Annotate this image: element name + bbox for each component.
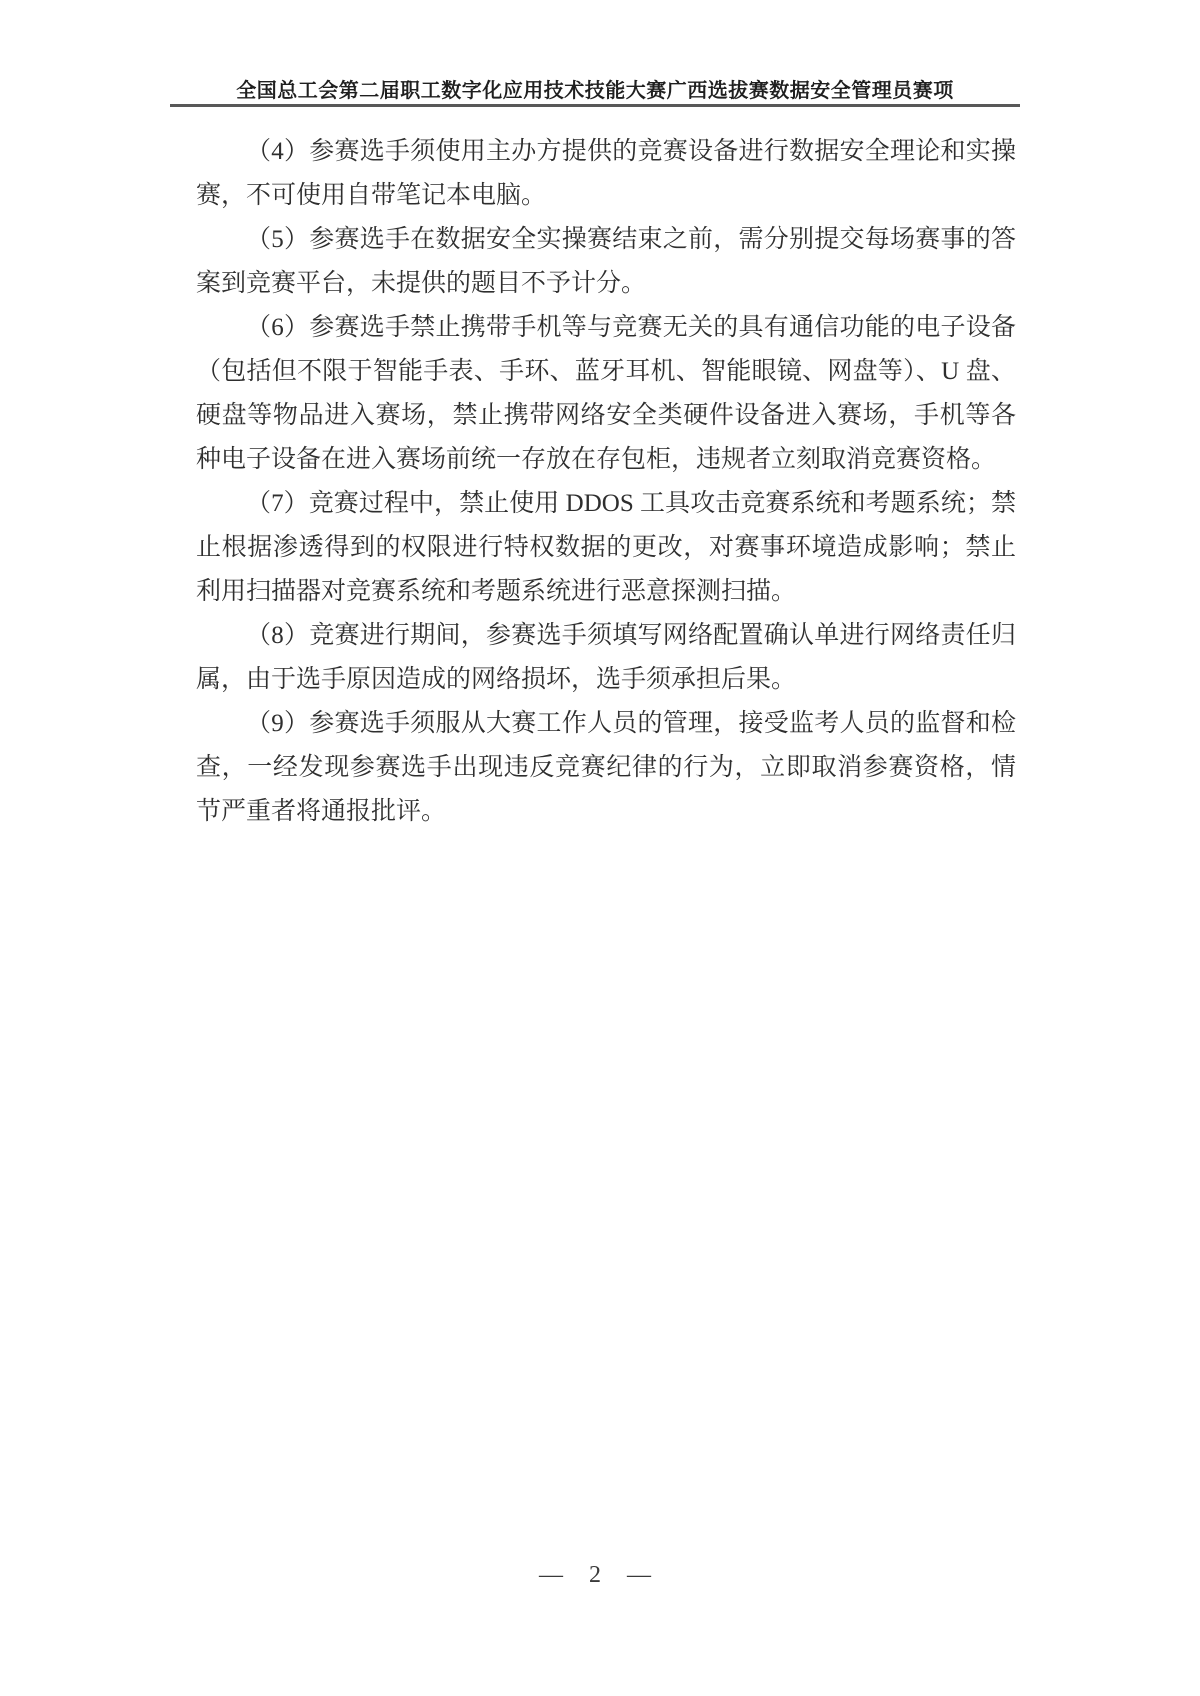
paragraph-item-6: （6）参赛选手禁止携带手机等与竞赛无关的具有通信功能的电子设备（包括但不限于智能… (196, 306, 1016, 482)
page-header: 全国总工会第二届职工数字化应用技术技能大赛广西选拔赛数据安全管理员赛项 (170, 80, 1020, 107)
paragraph-item-5: （5）参赛选手在数据安全实操赛结束之前，需分别提交每场赛事的答案到竞赛平台，未提… (196, 218, 1016, 306)
paragraph-item-4: （4）参赛选手须使用主办方提供的竞赛设备进行数据安全理论和实操赛，不可使用自带笔… (196, 130, 1016, 218)
paragraph-item-8: （8）竞赛进行期间，参赛选手须填写网络配置确认单进行网络责任归属，由于选手原因造… (196, 614, 1016, 702)
header-rule (170, 104, 1020, 107)
paragraph-item-9: （9）参赛选手须服从大赛工作人员的管理，接受监考人员的监督和检查，一经发现参赛选… (196, 702, 1016, 834)
document-body: （4）参赛选手须使用主办方提供的竞赛设备进行数据安全理论和实操赛，不可使用自带笔… (196, 130, 1016, 834)
paragraph-item-7: （7）竞赛过程中，禁止使用 DDOS 工具攻击竞赛系统和考题系统；禁止根据渗透得… (196, 482, 1016, 614)
header-title: 全国总工会第二届职工数字化应用技术技能大赛广西选拔赛数据安全管理员赛项 (170, 80, 1020, 102)
page-number: — 2 — (539, 1562, 661, 1588)
page-footer: — 2 — (0, 1562, 1200, 1589)
document-page: 全国总工会第二届职工数字化应用技术技能大赛广西选拔赛数据安全管理员赛项 （4）参… (0, 0, 1200, 1696)
